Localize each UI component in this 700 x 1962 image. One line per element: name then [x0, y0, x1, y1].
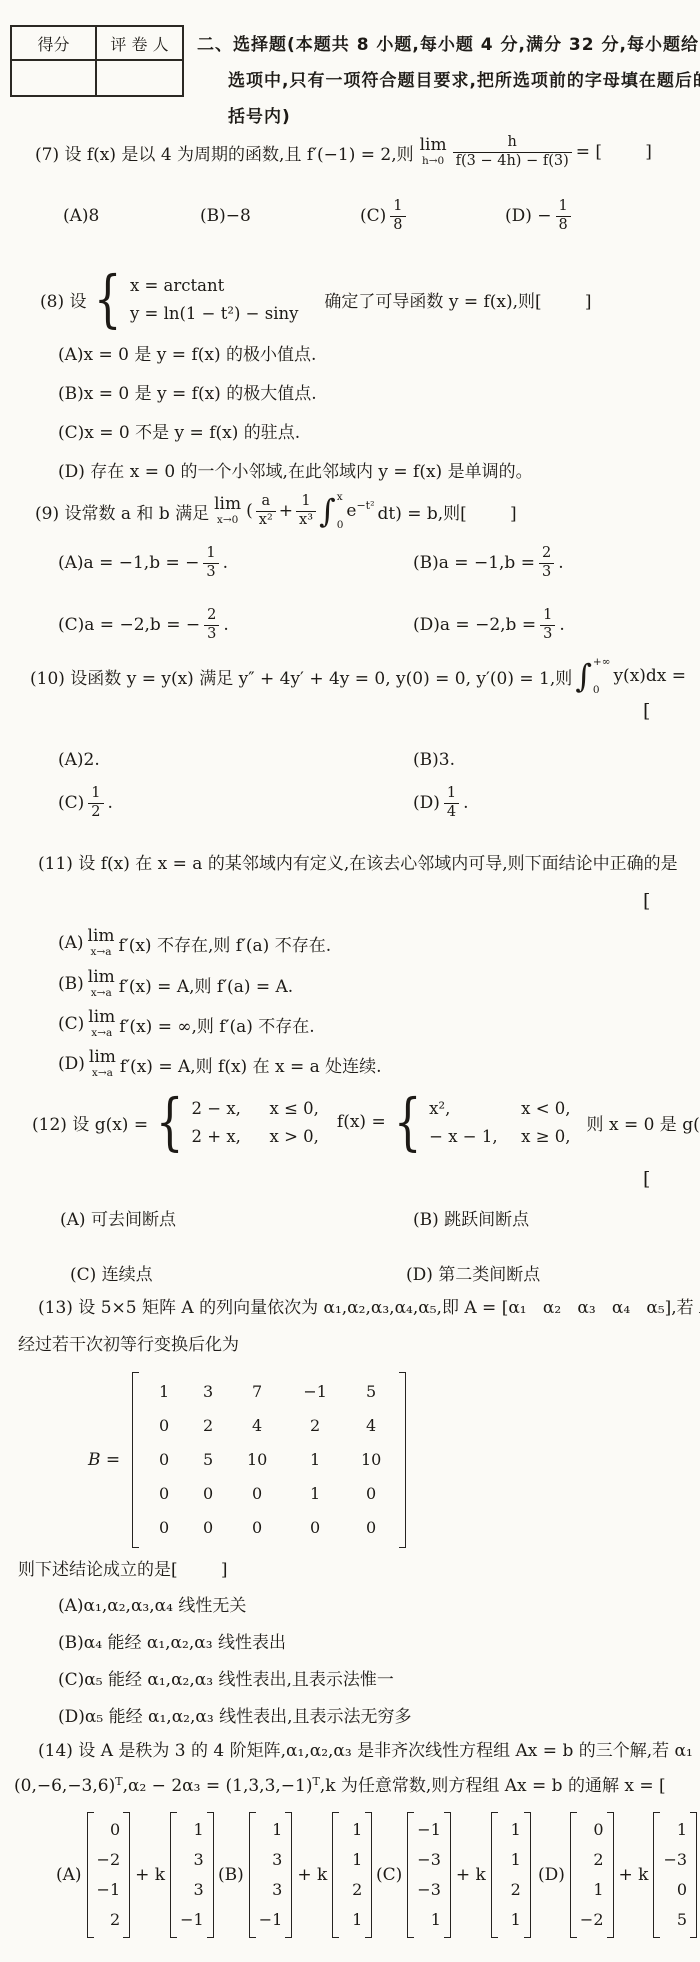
- plus-k: + k: [135, 1865, 165, 1885]
- vector-entry: 3: [272, 1845, 282, 1875]
- integral-sign: ∫: [575, 660, 592, 692]
- case-expression: 2 + x,: [192, 1127, 270, 1146]
- option-text: (D): [413, 793, 440, 813]
- column-vector: 021−2: [580, 1815, 604, 1935]
- equation-system: x = arctant y = ln(1 − t²) − siny: [130, 276, 298, 323]
- matrix-cell: 1: [284, 1443, 346, 1477]
- lim-word: lim: [88, 1009, 115, 1026]
- integral-lower: 0: [337, 520, 344, 531]
- vector-entry: 3: [194, 1875, 204, 1905]
- vector-brackets: 133−1: [170, 1812, 214, 1938]
- fraction: 1x³: [296, 493, 316, 529]
- q7-stem-text: (7) 设 f(x) 是以 4 为周期的函数,且 f′(−1) = 2,则: [35, 140, 414, 165]
- lim-word: lim: [88, 969, 115, 986]
- vector-entry: −1: [259, 1905, 283, 1935]
- fraction-denominator: f(3 − 4h) − f(3): [453, 152, 572, 170]
- case-condition: x > 0,: [270, 1127, 319, 1146]
- vector-entry: 1: [511, 1845, 521, 1875]
- option-text: (C): [58, 793, 84, 813]
- case-line: − x − 1,x ≥ 0,: [429, 1127, 570, 1146]
- q8-option-c: (C)x = 0 不是 y = f(x) 的驻点.: [58, 419, 300, 447]
- fraction-numerator: 1: [559, 198, 568, 215]
- fraction-numerator: 1: [393, 198, 402, 215]
- case-line: x²,x < 0,: [429, 1099, 570, 1118]
- matrix-cell: 0: [346, 1477, 396, 1511]
- vector-entry: 0: [593, 1815, 603, 1845]
- vector-entry: 0: [110, 1815, 120, 1845]
- option-label: (D): [58, 1054, 85, 1074]
- q10-stem-tail: y(x)dx =: [613, 666, 686, 686]
- fraction-denominator: 8: [556, 216, 571, 234]
- question-10-stem: (10) 设函数 y = y(x) 满足 y″ + 4y′ + 4y = 0, …: [30, 652, 686, 700]
- f-cases: x²,x < 0, − x − 1,x ≥ 0,: [429, 1099, 570, 1146]
- vector-entry: 2: [352, 1875, 362, 1905]
- q13-option-c: (C)α₅ 能经 α₁,α₂,α₃ 线性表出,且表示法惟一: [58, 1666, 394, 1694]
- q14-option-c: (C) −1−3−31 + k 1121: [376, 1800, 531, 1950]
- option-text: f′(x) = A,则 f(x) 在 x = a 处连续.: [120, 1052, 382, 1077]
- left-brace: {: [394, 1094, 422, 1150]
- integral-bounds: x0: [336, 490, 344, 532]
- answer-slot: = [ ]: [576, 142, 652, 162]
- q11-option-d: (D) limx→a f′(x) = A,则 f(x) 在 x = a 处连续.: [58, 1046, 382, 1082]
- q7-option-b: (B)−8: [200, 194, 251, 238]
- vector-entry: −2: [97, 1845, 121, 1875]
- case-condition: x ≥ 0,: [521, 1127, 570, 1146]
- vector-entry: 1: [511, 1815, 521, 1845]
- q14-option-d: (D) 021−2 + k 1−305: [538, 1800, 697, 1950]
- vector-entry: 3: [194, 1845, 204, 1875]
- section-title-line2: 选项中,只有一项符合题目要求,把所选项前的字母填在题后的: [228, 66, 700, 91]
- answer-bracket: [: [643, 700, 650, 722]
- vector-entry: −3: [663, 1845, 687, 1875]
- vector-entry: 1: [272, 1815, 282, 1845]
- q7-option-c: (C) 18: [360, 194, 406, 238]
- vector-brackets: 1121: [491, 1812, 531, 1938]
- matrix-cell: 0: [142, 1443, 186, 1477]
- stem-segment: (0,−6,−3,6): [14, 1776, 115, 1796]
- case-condition: x ≤ 0,: [270, 1099, 319, 1118]
- option-text: f′(x) = A,则 f′(a) = A.: [119, 972, 293, 997]
- fraction: 13: [203, 545, 218, 581]
- matrix-cell: 5: [186, 1443, 230, 1477]
- matrix-cell: 0: [230, 1511, 284, 1545]
- q8-option-a: (A)x = 0 是 y = f(x) 的极小值点.: [58, 341, 316, 369]
- fraction-numerator: 1: [91, 785, 100, 802]
- q11-option-a: (A) limx→a f′(x) 不存在,则 f′(a) 不存在.: [58, 925, 331, 961]
- fraction-denominator: 3: [540, 625, 555, 643]
- vector-entry: −1: [180, 1905, 204, 1935]
- case-line: 2 − x,x ≤ 0,: [192, 1099, 319, 1118]
- question-7-stem: (7) 设 f(x) 是以 4 为周期的函数,且 f′(−1) = 2,则 li…: [35, 128, 652, 176]
- fraction-numerator: h: [508, 134, 517, 151]
- option-text: (D)a = −2,b =: [413, 615, 536, 635]
- answer-slot: dt) = b,则[ ]: [377, 499, 516, 524]
- column-vector: 1−305: [663, 1815, 687, 1935]
- vector-entry: −3: [417, 1845, 441, 1875]
- q10-option-d: (D) 14 .: [413, 780, 469, 826]
- vector-brackets: 021−2: [570, 1812, 614, 1938]
- lim-subscript: h→0: [422, 156, 444, 167]
- case-condition: x < 0,: [521, 1099, 570, 1118]
- matrix-cell: 0: [142, 1477, 186, 1511]
- transpose-superscript: T: [115, 1775, 122, 1788]
- integral-bounds: +∞0: [592, 655, 611, 697]
- fraction: 13: [540, 607, 555, 643]
- q10-option-c: (C) 12 .: [58, 780, 113, 826]
- matrix-cell: 1: [142, 1375, 186, 1409]
- matrix-b-block: B = 137−15 02424 0510110 00010 00000: [88, 1372, 406, 1548]
- q8-option-b: (B)x = 0 是 y = f(x) 的极大值点.: [58, 380, 317, 408]
- q8-option-d: (D) 存在 x = 0 的一个小邻域,在此邻域内 y = f(x) 是单调的。: [58, 458, 533, 486]
- integral: ∫x0: [319, 490, 343, 532]
- vector-entry: 1: [593, 1875, 603, 1905]
- matrix-cell: −1: [284, 1375, 346, 1409]
- option-text: (D) −: [505, 206, 552, 226]
- vector-entry: 1: [352, 1815, 362, 1845]
- matrix-cell: 4: [230, 1409, 284, 1443]
- q13-option-a: (A)α₁,α₂,α₃,α₄ 线性无关: [58, 1592, 246, 1620]
- vector-entry: −3: [417, 1875, 441, 1905]
- fraction-numerator: 2: [542, 545, 551, 562]
- vector-entry: 1: [352, 1845, 362, 1875]
- question-12-stem: (12) 设 g(x) = { 2 − x,x ≤ 0, 2 + x,x > 0…: [32, 1080, 700, 1164]
- limit-notation: limx→0: [214, 496, 241, 526]
- matrix-cell: 5: [346, 1375, 396, 1409]
- vector-entry: 2: [511, 1875, 521, 1905]
- q13-option-b: (B)α₄ 能经 α₁,α₂,α₃ 线性表出: [58, 1629, 286, 1657]
- integral-upper: +∞: [593, 657, 611, 668]
- vector-brackets: 1121: [332, 1812, 372, 1938]
- question-8-stem: (8) 设 { x = arctant y = ln(1 − t²) − sin…: [40, 256, 592, 342]
- fraction: ax²: [256, 493, 276, 529]
- q13-conclusion: 则下述结论成立的是[ ]: [18, 1556, 228, 1584]
- f-label: f(x) =: [337, 1112, 386, 1132]
- matrix-label: B =: [88, 1450, 120, 1470]
- q12-stem-tail: 则 x = 0 是 g(f(x)) 的: [587, 1110, 700, 1135]
- grader-cell-empty: [97, 61, 182, 95]
- question-13-stem-line1: (13) 设 5×5 矩阵 A 的列向量依次为 α₁,α₂,α₃,α₄,α₅,即…: [38, 1294, 700, 1322]
- matrix-cell: 10: [346, 1443, 396, 1477]
- q7-option-a: (A)8: [63, 194, 99, 238]
- plus-k: + k: [619, 1865, 649, 1885]
- matrix-cell: 2: [284, 1409, 346, 1443]
- column-vector: 133−1: [180, 1815, 204, 1935]
- option-label: (D): [538, 1865, 565, 1885]
- question-13-stem-line2: 经过若干次初等行变换后化为: [18, 1331, 239, 1359]
- fraction: 18: [556, 198, 571, 234]
- integral-upper: x: [337, 492, 344, 503]
- column-vector: 1121: [501, 1815, 521, 1935]
- q9-option-a: (A)a = −1,b = − 13 .: [58, 540, 228, 586]
- option-text: (C)a = −2,b = −: [58, 615, 200, 635]
- vector-entry: 3: [272, 1875, 282, 1905]
- matrix-cell: 0: [346, 1511, 396, 1545]
- q14-option-b: (B) 133−1 + k 1121: [218, 1800, 372, 1950]
- grader-label: 评 卷 人: [97, 27, 182, 61]
- q8-label: (8) 设: [40, 287, 86, 312]
- exam-page: 得分 评 卷 人 二、选择题(本题共 8 小题,每小题 4 分,满分 32 分,…: [0, 0, 700, 1962]
- left-brace: {: [156, 1094, 184, 1150]
- option-period: .: [558, 553, 563, 573]
- option-text: (B)a = −1,b =: [413, 553, 535, 573]
- section-title-line1: 二、选择题(本题共 8 小题,每小题 4 分,满分 32 分,每小题给出四个: [197, 30, 700, 55]
- column-vector: 1121: [342, 1815, 362, 1935]
- integrand-base: e: [346, 501, 356, 521]
- limit-notation: limx→a: [88, 928, 115, 958]
- matrix-cell: 0: [186, 1477, 230, 1511]
- fraction: 23: [539, 545, 554, 581]
- lim-subscript: x→a: [91, 988, 112, 999]
- fraction-denominator: 3: [204, 625, 219, 643]
- q10-option-b: (B)3.: [413, 745, 455, 775]
- column-vector: 0−2−12: [97, 1815, 121, 1935]
- case-expression: − x − 1,: [429, 1127, 521, 1146]
- lim-word: lim: [214, 496, 241, 513]
- score-cell-empty: [12, 61, 97, 95]
- q12-option-a: (A) 可去间断点: [60, 1205, 176, 1235]
- answer-bracket: [: [643, 890, 650, 912]
- q12-label: (12) 设 g(x) =: [32, 1110, 148, 1135]
- vector-entry: 2: [110, 1905, 120, 1935]
- limit-notation: limx→a: [88, 1009, 115, 1039]
- option-period: .: [463, 793, 468, 813]
- system-line-2: y = ln(1 − t²) − siny: [130, 304, 298, 323]
- matrix-cell: 10: [230, 1443, 284, 1477]
- vector-entry: −1: [417, 1815, 441, 1845]
- matrix-cell: 0: [186, 1511, 230, 1545]
- option-label: (A): [58, 933, 84, 953]
- q9-option-b: (B)a = −1,b = 23 .: [413, 540, 564, 586]
- fraction: 14: [444, 785, 459, 821]
- fraction: 23: [204, 607, 219, 643]
- matrix-cell: 0: [142, 1511, 186, 1545]
- fraction-denominator: 2: [88, 803, 103, 821]
- question-9-stem: (9) 设常数 a 和 b 满足 limx→0 ( ax² + 1x³ ∫x0 …: [35, 486, 517, 536]
- q13-option-d: (D)α₅ 能经 α₁,α₂,α₃ 线性表出,且表示法无穷多: [58, 1703, 412, 1731]
- option-period: .: [223, 553, 228, 573]
- fraction-numerator: 2: [207, 607, 216, 624]
- fraction: 18: [390, 198, 405, 234]
- matrix-cell: 0: [284, 1511, 346, 1545]
- matrix-cell: 7: [230, 1375, 284, 1409]
- q11-option-b: (B) limx→a f′(x) = A,则 f′(a) = A.: [58, 966, 293, 1002]
- matrix-cell: 2: [186, 1409, 230, 1443]
- left-brace: {: [94, 271, 122, 327]
- option-period: .: [559, 615, 564, 635]
- lim-subscript: x→a: [91, 1028, 112, 1039]
- fraction-numerator: 1: [206, 545, 215, 562]
- option-period: .: [108, 793, 113, 813]
- lim-word: lim: [89, 1049, 116, 1066]
- fraction-denominator: x²: [256, 511, 276, 529]
- section-title-line3: 括号内): [228, 102, 291, 127]
- integral-lower: 0: [593, 685, 611, 696]
- q10-option-a: (A)2.: [58, 745, 100, 775]
- open-paren: (: [246, 501, 253, 521]
- lim-subscript: x→a: [92, 1068, 113, 1079]
- plus-sign: +: [279, 501, 293, 521]
- vector-entry: 1: [431, 1905, 441, 1935]
- question-14-stem-line1: (14) 设 A 是秩为 3 的 4 阶矩阵,α₁,α₂,α₃ 是非齐次线性方程…: [38, 1737, 700, 1765]
- option-text: f′(x) = ∞,则 f′(a) 不存在.: [119, 1012, 314, 1037]
- fraction-denominator: 3: [539, 563, 554, 581]
- stem-segment: ,α₂ − 2α₃ = (1,3,3,−1): [123, 1776, 313, 1796]
- answer-bracket: [: [643, 1168, 650, 1190]
- option-label: (C): [376, 1865, 402, 1885]
- fraction-numerator: 1: [447, 785, 456, 802]
- fraction-denominator: 3: [203, 563, 218, 581]
- question-11-stem: (11) 设 f(x) 在 x = a 的某邻域内有定义,在该去心邻域内可导,则…: [38, 850, 678, 878]
- option-label: (B): [218, 1865, 244, 1885]
- q12-option-b: (B) 跳跃间断点: [413, 1205, 529, 1235]
- case-line: 2 + x,x > 0,: [192, 1127, 319, 1146]
- vector-entry: 1: [511, 1905, 521, 1935]
- vector-entry: 5: [677, 1905, 687, 1935]
- option-text: (A)a = −1,b = −: [58, 553, 199, 573]
- case-expression: 2 − x,: [192, 1099, 270, 1118]
- q11-option-c: (C) limx→a f′(x) = ∞,则 f′(a) 不存在.: [58, 1006, 315, 1042]
- option-label: (C): [58, 1014, 84, 1034]
- fraction-denominator: 4: [444, 803, 459, 821]
- plus-k: + k: [456, 1865, 486, 1885]
- vector-entry: 1: [194, 1815, 204, 1845]
- integrand-exponent: −t²: [356, 499, 374, 512]
- limit-notation: limx→a: [88, 969, 115, 999]
- vector-entry: 1: [677, 1815, 687, 1845]
- g-cases: 2 − x,x ≤ 0, 2 + x,x > 0,: [192, 1099, 319, 1146]
- question-14-stem-line2: (0,−6,−3,6)T,α₂ − 2α₃ = (1,3,3,−1)T,k 为任…: [14, 1772, 700, 1802]
- fraction-denominator: x³: [296, 511, 316, 529]
- q9-option-c: (C)a = −2,b = − 23 .: [58, 602, 229, 648]
- q14-option-a: (A) 0−2−12 + k 133−1: [56, 1800, 214, 1950]
- vector-entry: 1: [352, 1905, 362, 1935]
- q10-stem-text: (10) 设函数 y = y(x) 满足 y″ + 4y′ + 4y = 0, …: [30, 664, 572, 689]
- fraction-denominator: 8: [390, 216, 405, 234]
- matrix-cell: 0: [230, 1477, 284, 1511]
- integral-sign: ∫: [319, 495, 336, 527]
- option-text: f′(x) 不存在,则 f′(a) 不存在.: [119, 931, 332, 956]
- column-vector: −1−3−31: [417, 1815, 441, 1935]
- score-box: 得分 评 卷 人: [10, 25, 184, 97]
- fraction: hf(3 − 4h) − f(3): [453, 134, 572, 170]
- limit-notation: limx→a: [89, 1049, 116, 1079]
- vector-brackets: 0−2−12: [87, 1812, 131, 1938]
- vector-brackets: 133−1: [249, 1812, 293, 1938]
- limit-notation: limh→0: [420, 137, 447, 167]
- q12-option-c: (C) 连续点: [70, 1260, 153, 1290]
- matrix-brackets: 137−15 02424 0510110 00010 00000: [132, 1372, 406, 1548]
- matrix-cell: 4: [346, 1409, 396, 1443]
- vector-entry: −2: [580, 1905, 604, 1935]
- case-expression: x²,: [429, 1099, 521, 1118]
- transpose-superscript: T: [312, 1775, 319, 1788]
- lim-subscript: x→a: [91, 947, 112, 958]
- fraction-numerator: 1: [301, 493, 310, 510]
- fraction: 12: [88, 785, 103, 821]
- q12-option-d: (D) 第二类间断点: [406, 1260, 540, 1290]
- vector-entry: 0: [677, 1875, 687, 1905]
- lim-subscript: x→0: [217, 515, 238, 526]
- matrix-cell: 0: [142, 1409, 186, 1443]
- vector-brackets: 1−305: [653, 1812, 697, 1938]
- matrix-cell: 1: [284, 1477, 346, 1511]
- fraction-numerator: a: [261, 493, 270, 510]
- vector-entry: 2: [593, 1845, 603, 1875]
- fraction-numerator: 1: [543, 607, 552, 624]
- column-vector: 133−1: [259, 1815, 283, 1935]
- option-label: (B): [58, 974, 84, 994]
- score-label: 得分: [12, 27, 97, 61]
- option-text: (C): [360, 206, 386, 226]
- integral: ∫+∞0: [575, 655, 610, 697]
- q9-stem-text: (9) 设常数 a 和 b 满足: [35, 499, 209, 524]
- plus-k: + k: [297, 1865, 327, 1885]
- q7-option-d: (D) − 18: [505, 194, 571, 238]
- lim-word: lim: [420, 137, 447, 154]
- matrix-cell: 3: [186, 1375, 230, 1409]
- option-period: .: [223, 615, 228, 635]
- lim-word: lim: [88, 928, 115, 945]
- matrix-grid: 137−15 02424 0510110 00010 00000: [142, 1375, 396, 1545]
- system-line-1: x = arctant: [130, 276, 298, 295]
- option-text: (A)8: [63, 206, 99, 226]
- vector-entry: −1: [97, 1875, 121, 1905]
- vector-brackets: −1−3−31: [407, 1812, 451, 1938]
- option-text: (B)−8: [200, 206, 251, 226]
- q9-option-d: (D)a = −2,b = 13 .: [413, 602, 565, 648]
- option-label: (A): [56, 1865, 82, 1885]
- q8-stem-text: 确定了可导函数 y = f(x),则[ ]: [324, 287, 591, 312]
- stem-segment: ,k 为任意常数,则方程组 Ax = b 的通解 x = [ ]: [320, 1776, 700, 1796]
